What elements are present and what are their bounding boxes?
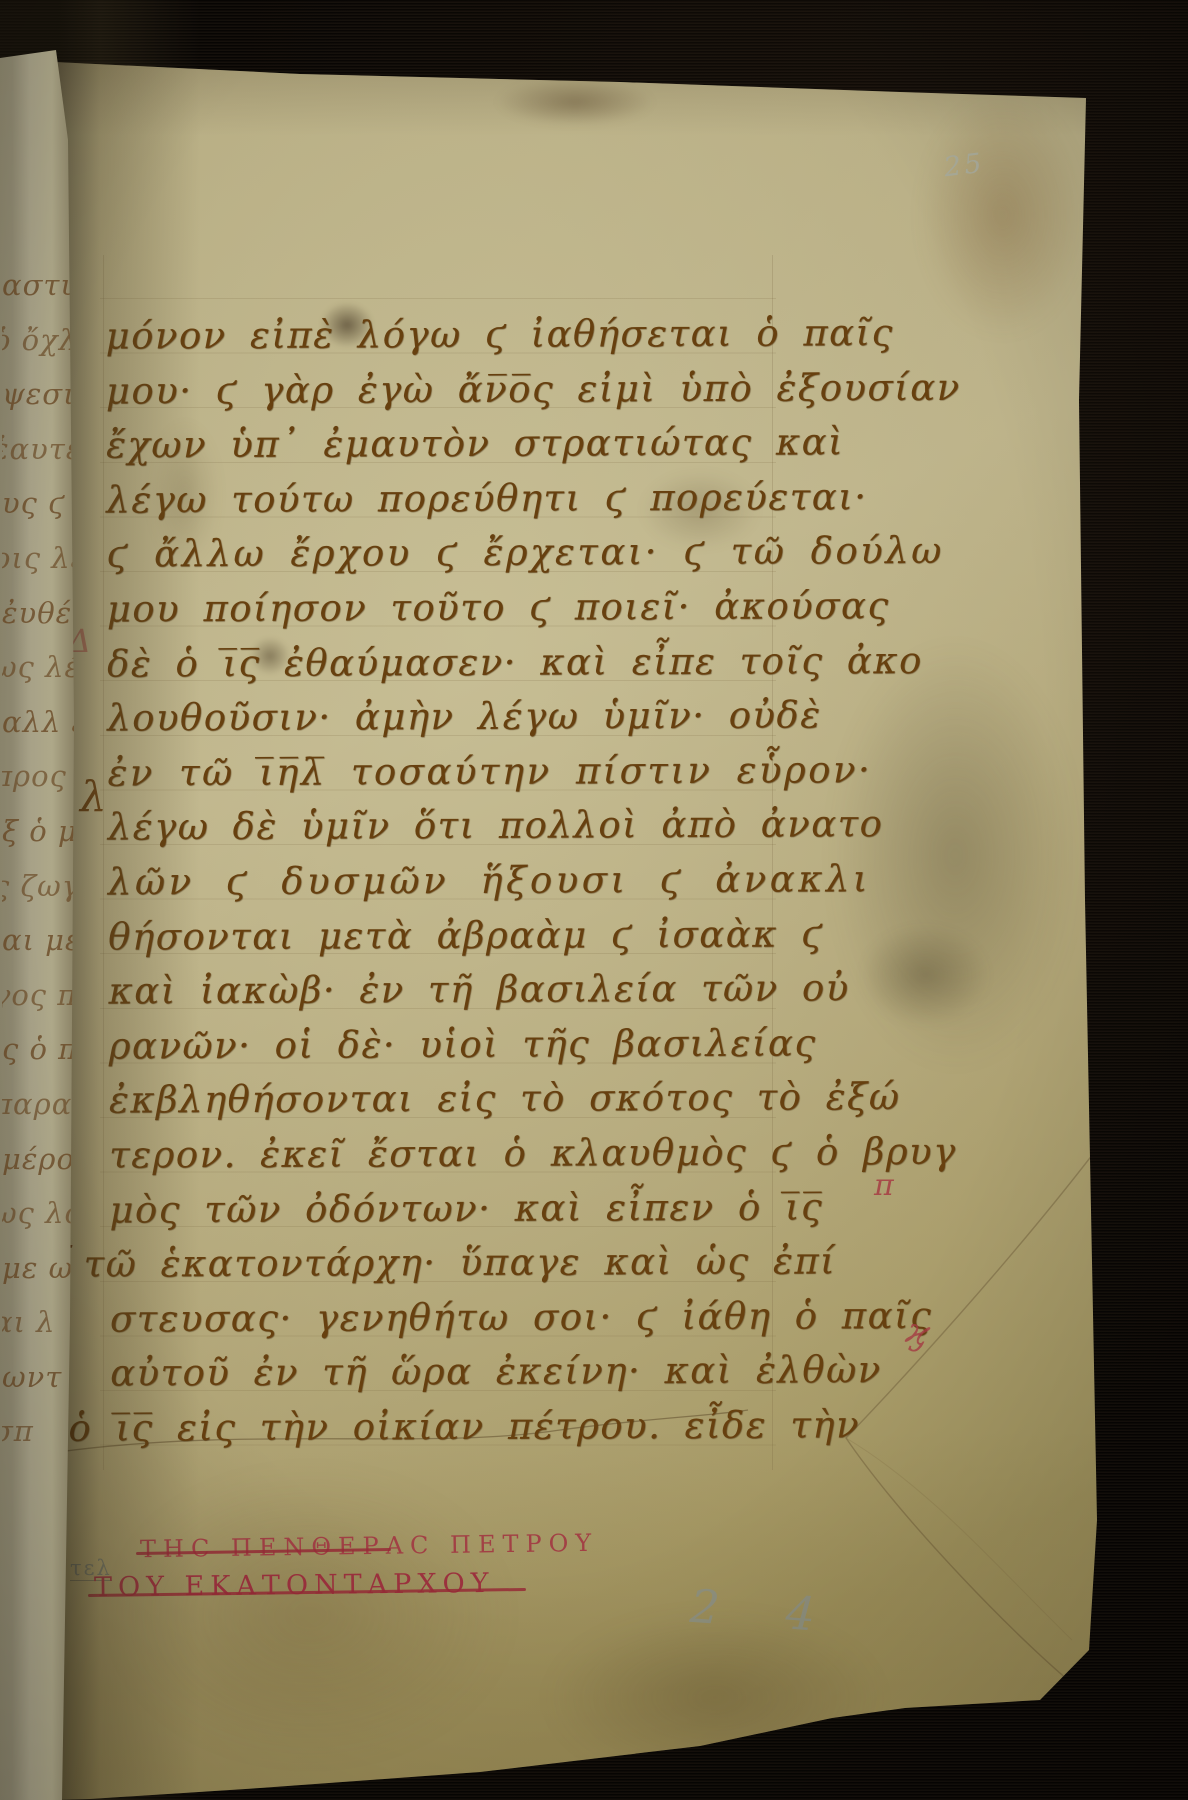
previous-leaf-fragment: αι μετρ	[2, 913, 82, 968]
previous-leaf-fragment: προς ἐγ	[2, 749, 82, 804]
manuscript-photo: μόνον εἰπὲ λόγω ϛ ἰαθήσεται ὁ παῖςμου· ϛ…	[0, 0, 1188, 1800]
folio-number-top: 25	[942, 148, 986, 184]
previous-leaf-fragment: ς ζωγμ	[2, 859, 82, 914]
previous-leaf-fragment: παραυτ	[2, 1077, 82, 1132]
previous-leaf-fragment: μέρος ϛ	[2, 1132, 82, 1187]
folio-number-bottom: 2 4	[688, 1579, 843, 1643]
previous-leaf-fragment: αλλ ἐπα	[2, 695, 82, 750]
previous-leaf-fragment: ως λέγει	[2, 640, 82, 695]
red-pi-mark: π	[874, 1168, 894, 1203]
previous-leaf-fragment: υς ϛ ἑκτ	[2, 476, 82, 531]
previous-leaf-fragment: ως λόγ	[2, 1186, 82, 1241]
previous-leaf-fragment: ἑαυτέλ	[2, 422, 82, 477]
previous-leaf-fragment: με ω	[2, 1241, 82, 1296]
previous-leaf-fragment: γος παι	[2, 968, 82, 1023]
previous-leaf-fragments: αστυπὁ ὄχλοτψεσι τμἑαυτέλυς ϛ ἑκτοις λέγ…	[2, 258, 82, 1459]
previous-leaf-fragment: ς ὁ πῶμ	[2, 1022, 82, 1077]
previous-leaf-fragment: οις λέγ	[2, 531, 82, 586]
previous-leaf-fragment: ξ ὁ μως	[2, 804, 82, 859]
previous-leaf-fragment: ἐυθέως	[2, 586, 82, 641]
previous-leaf-fragment: ψεσι τμ	[2, 367, 82, 422]
